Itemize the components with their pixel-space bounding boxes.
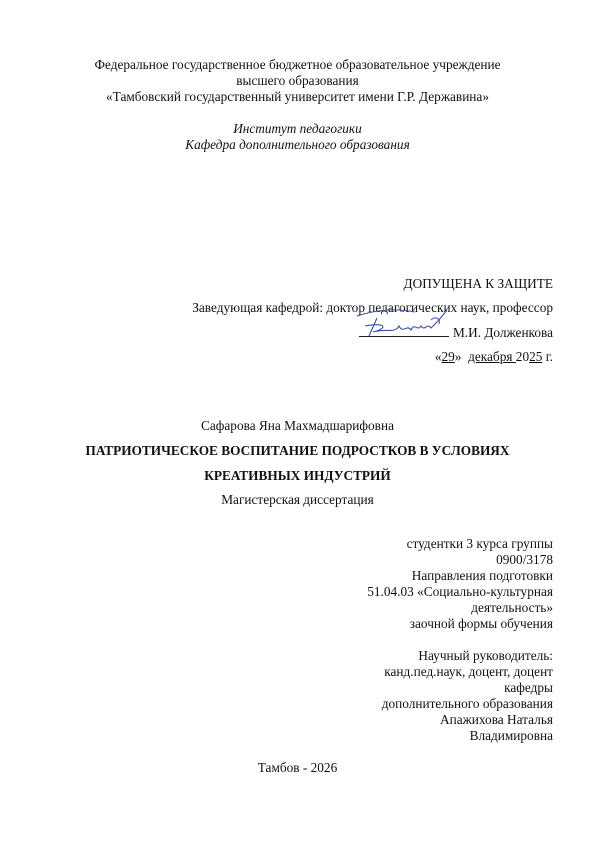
date-year-suffix: 25 <box>529 349 542 364</box>
document-page: Федеральное государственное бюджетное об… <box>0 0 595 841</box>
thesis-title-line-1: ПАТРИОТИЧЕСКОЕ ВОСПИТАНИЕ ПОДРОСТКОВ В У… <box>0 443 595 459</box>
department-name: Кафедра дополнительного образования <box>0 137 595 153</box>
student-info-line: деятельность» <box>471 600 553 616</box>
supervisor-line: Апажихова Наталья <box>440 712 553 728</box>
city-year: Тамбов - 2026 <box>0 760 595 776</box>
head-name: М.И. Долженкова <box>453 325 553 340</box>
student-info-line: 0900/3178 <box>496 552 553 568</box>
supervisor-line: Научный руководитель: <box>418 648 553 664</box>
supervisor-line: кафедры <box>504 680 553 696</box>
org-line-3: «Тамбовский государственный университет … <box>0 89 595 105</box>
date-open-quote: « <box>435 349 442 364</box>
signature-line <box>359 324 449 337</box>
approval-title: ДОПУЩЕНА К ЗАЩИТЕ <box>404 276 553 292</box>
date-year-prefix: 20 <box>516 349 529 364</box>
thesis-type: Магистерская диссертация <box>0 492 595 508</box>
student-info-line: 51.04.03 «Социально-культурная <box>367 584 553 600</box>
student-info-line: заочной формы обучения <box>410 616 553 632</box>
supervisor-line: дополнительного образования <box>382 696 553 712</box>
date-day: 29 <box>442 349 455 364</box>
date-close-quote: » <box>455 349 462 364</box>
author-name: Сафарова Яна Махмадшарифовна <box>0 418 595 434</box>
approval-date: «29» декабря 2025 г. <box>435 349 553 365</box>
thesis-title-line-2: КРЕАТИВНЫХ ИНДУСТРИЙ <box>0 468 595 484</box>
institute-name: Институт педагогики <box>0 121 595 137</box>
student-info-line: Направления подготовки <box>412 568 553 584</box>
head-signature-row: М.И. Долженкова <box>359 324 553 341</box>
org-line-1: Федеральное государственное бюджетное об… <box>0 57 595 73</box>
supervisor-line: канд.пед.наук, доцент, доцент <box>384 664 553 680</box>
date-month: декабря <box>468 349 516 364</box>
org-line-2: высшего образования <box>0 73 595 89</box>
date-suffix: г. <box>542 349 553 364</box>
supervisor-line: Владимировна <box>470 728 553 744</box>
student-info-line: студентки 3 курса группы <box>407 536 553 552</box>
